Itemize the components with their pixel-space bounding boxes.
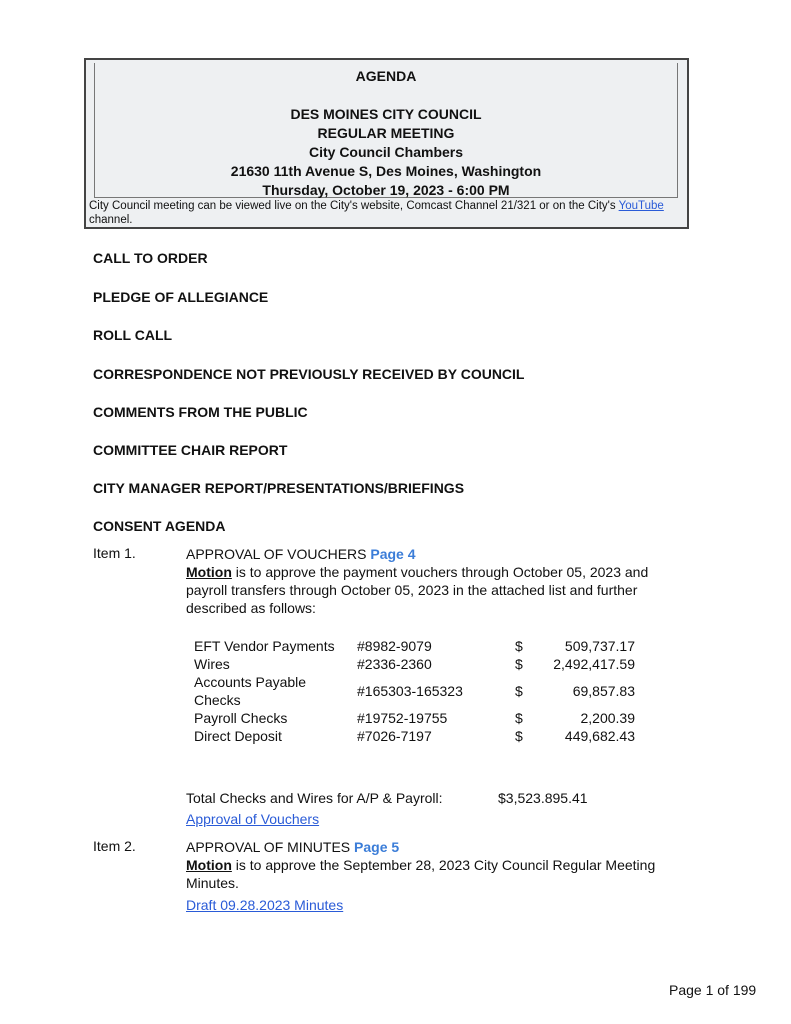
vouchers-total-label: Total Checks and Wires for A/P & Payroll…	[186, 790, 443, 806]
voucher-name: Payroll Checks	[190, 709, 353, 727]
voucher-row: Direct Deposit#7026-7197$449,682.43	[190, 727, 639, 745]
motion-text: is to approve the September 28, 2023 Cit…	[186, 857, 655, 891]
item-2-heading: APPROVAL OF MINUTES Page 5	[186, 838, 676, 856]
vouchers-table: EFT Vendor Payments#8982-9079$509,737.17…	[190, 637, 639, 745]
item-2-motion: Motion is to approve the September 28, 2…	[186, 856, 676, 892]
item-1-label: Item 1.	[93, 545, 136, 561]
section-correspondence: CORRESPONDENCE NOT PREVIOUSLY RECEIVED B…	[93, 366, 524, 382]
section-consent-agenda: CONSENT AGENDA	[93, 518, 226, 534]
approval-of-vouchers-link[interactable]: Approval of Vouchers	[186, 811, 319, 827]
voucher-amount: $449,682.43	[511, 727, 639, 745]
item-2-body: APPROVAL OF MINUTES Page 5 Motion is to …	[186, 838, 676, 892]
item-1-body: APPROVAL OF VOUCHERS Page 4 Motion is to…	[186, 545, 676, 617]
item-2-label: Item 2.	[93, 838, 136, 854]
voucher-row: EFT Vendor Payments#8982-9079$509,737.17	[190, 637, 639, 655]
voucher-range: #7026-7197	[353, 727, 511, 745]
agenda-header-title-block: AGENDA DES MOINES CITY COUNCIL REGULAR M…	[94, 63, 678, 198]
voucher-row: Wires#2336-2360$2,492,417.59	[190, 655, 639, 673]
voucher-range: #19752-19755	[353, 709, 511, 727]
draft-minutes-link[interactable]: Draft 09.28.2023 Minutes	[186, 897, 343, 913]
motion-label: Motion	[186, 857, 232, 873]
voucher-range: #2336-2360	[353, 655, 511, 673]
voucher-row: Payroll Checks#19752-19755$2,200.39	[190, 709, 639, 727]
voucher-name: EFT Vendor Payments	[190, 637, 353, 655]
item-1-heading: APPROVAL OF VOUCHERS Page 4	[186, 545, 676, 563]
section-city-manager-report: CITY MANAGER REPORT/PRESENTATIONS/BRIEFI…	[93, 480, 464, 496]
item-1-page-link[interactable]: Page 4	[370, 546, 415, 562]
section-comments-from-public: COMMENTS FROM THE PUBLIC	[93, 404, 308, 420]
item-1-title: APPROVAL OF VOUCHERS	[186, 546, 366, 562]
voucher-range: #165303-165323	[353, 673, 511, 709]
meeting-type: REGULAR MEETING	[95, 124, 677, 143]
voucher-name: Direct Deposit	[190, 727, 353, 745]
voucher-range: #8982-9079	[353, 637, 511, 655]
agenda-title: AGENDA	[95, 67, 677, 86]
council-name: DES MOINES CITY COUNCIL	[95, 105, 677, 124]
viewing-note: City Council meeting can be viewed live …	[89, 199, 684, 227]
voucher-amount: $2,492,417.59	[511, 655, 639, 673]
meeting-address: 21630 11th Avenue S, Des Moines, Washing…	[95, 162, 677, 181]
section-roll-call: ROLL CALL	[93, 327, 172, 343]
agenda-header-box: AGENDA DES MOINES CITY COUNCIL REGULAR M…	[84, 58, 689, 229]
section-pledge-of-allegiance: PLEDGE OF ALLEGIANCE	[93, 289, 268, 305]
page-indicator: Page 1 of 199	[669, 982, 756, 998]
voucher-name: Accounts Payable Checks	[190, 673, 353, 709]
item-1-motion: Motion is to approve the payment voucher…	[186, 563, 676, 617]
voucher-amount: $509,737.17	[511, 637, 639, 655]
voucher-amount: $69,857.83	[511, 673, 639, 709]
motion-label: Motion	[186, 564, 232, 580]
section-call-to-order: CALL TO ORDER	[93, 250, 208, 266]
voucher-name: Wires	[190, 655, 353, 673]
meeting-venue: City Council Chambers	[95, 143, 677, 162]
section-committee-chair-report: COMMITTEE CHAIR REPORT	[93, 442, 287, 458]
youtube-link[interactable]: YouTube	[619, 200, 664, 212]
meeting-datetime: Thursday, October 19, 2023 - 6:00 PM	[95, 181, 677, 200]
motion-text: is to approve the payment vouchers throu…	[186, 564, 648, 616]
item-2-title: APPROVAL OF MINUTES	[186, 839, 350, 855]
voucher-amount: $2,200.39	[511, 709, 639, 727]
item-2-page-link[interactable]: Page 5	[354, 839, 399, 855]
voucher-row: Accounts Payable Checks#165303-165323$69…	[190, 673, 639, 709]
vouchers-total-value: $3,523.895.41	[498, 790, 588, 806]
